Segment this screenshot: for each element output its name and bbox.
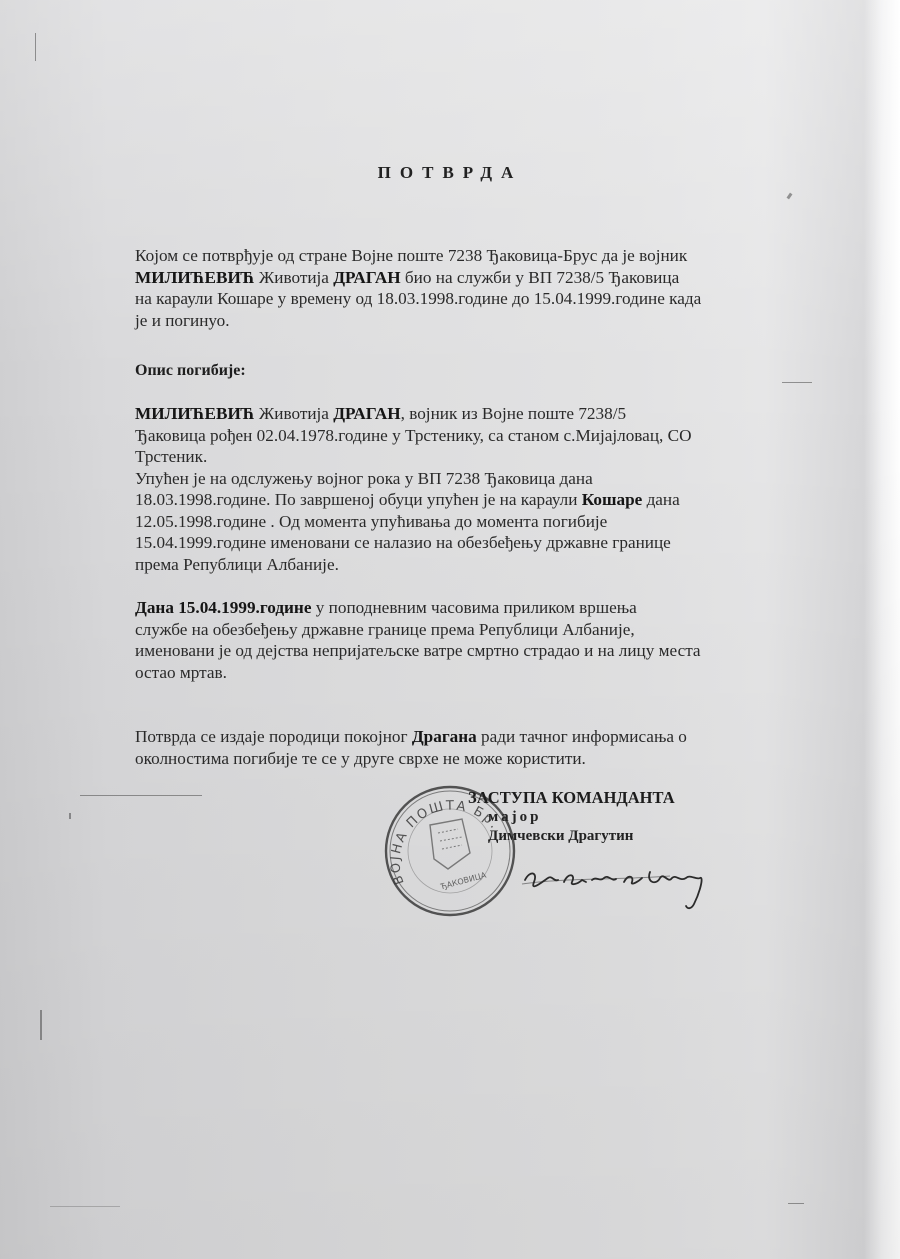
- margin-mark: [80, 795, 202, 796]
- text-run: 15.04.1999.године именовани се налазио н…: [135, 533, 671, 552]
- bold-text: Кошаре: [582, 490, 643, 509]
- text-run: 12.05.1998.године . Од момента упућивања…: [135, 512, 607, 531]
- text-run: остао мртав.: [135, 663, 227, 682]
- text-run: 18.03.1998.године. По завршеној обуци уп…: [135, 490, 582, 509]
- text-line: према Републици Албаније.: [135, 554, 775, 576]
- signatory-title: ЗАСТУПА КОМАНДАНТА: [468, 788, 675, 808]
- text-run: Којом се потврђује од стране Војне поште…: [135, 246, 687, 265]
- text-line: Дана 15.04.1999.године у поподневним час…: [135, 597, 775, 619]
- signatory-rank: мајор: [488, 809, 675, 826]
- margin-mark: [788, 1203, 804, 1204]
- margin-mark: [40, 1010, 42, 1040]
- text-run: према Републици Албаније.: [135, 555, 339, 574]
- text-line: Трстеник.: [135, 446, 775, 468]
- text-run: Животија: [255, 404, 334, 423]
- margin-mark: [787, 193, 793, 200]
- text-run: био на служби у ВП 7238/5 Ђаковица: [401, 268, 680, 287]
- text-run: Потврда се издаје породици покојног: [135, 727, 412, 746]
- text-run: ради тачног информисања о: [477, 727, 687, 746]
- margin-mark: [782, 382, 812, 383]
- text-line: 12.05.1998.године . Од момента упућивања…: [135, 511, 775, 533]
- text-line: Којом се потврђује од стране Војне поште…: [135, 245, 775, 267]
- handwritten-signature: [520, 852, 740, 912]
- margin-mark: [35, 33, 36, 61]
- text-run: Ђаковица рођен 02.04.1978.године у Трсте…: [135, 426, 691, 445]
- closing-paragraph: Потврда се издаје породици покојног Драг…: [135, 726, 775, 769]
- text-line: Упућен је на одслужењу војног рока у ВП …: [135, 468, 775, 490]
- signatory-name: Димчевски Драгутин: [488, 828, 675, 845]
- text-run: дана: [642, 490, 680, 509]
- text-line: околностима погибије те се у друге сврхе…: [135, 748, 775, 770]
- text-run: на караули Кошаре у времену од 18.03.199…: [135, 289, 701, 308]
- text-run: у поподневним часовима приликом вршења: [311, 598, 636, 617]
- text-run: Животија: [255, 268, 334, 287]
- text-line: 18.03.1998.године. По завршеној обуци уп…: [135, 489, 775, 511]
- text-run: околностима погибије те се у друге сврхе…: [135, 749, 586, 768]
- text-run: именовани је од дејства непријатељске ва…: [135, 641, 701, 660]
- description-paragraph: МИЛИЋЕВИЋ Животија ДРАГАН, војник из Вој…: [135, 403, 775, 575]
- text-run: Упућен је на одслужењу војног рока у ВП …: [135, 469, 593, 488]
- section-heading: Опис погибије:: [135, 362, 246, 380]
- bold-text: ДРАГАН: [333, 268, 400, 287]
- bold-text: Драгана: [412, 727, 477, 746]
- bold-text: ДРАГАН: [333, 404, 400, 423]
- text-line: 15.04.1999.године именовани се налазио н…: [135, 532, 775, 554]
- text-run: , војник из Војне поште 7238/5: [401, 404, 626, 423]
- bold-text: МИЛИЋЕВИЋ: [135, 404, 255, 423]
- text-line: је и погинуо.: [135, 310, 775, 332]
- signature-block: ЗАСТУПА КОМАНДАНТА мајор Димчевски Драгу…: [468, 788, 675, 845]
- intro-paragraph: Којом се потврђује од стране Војне поште…: [135, 245, 775, 331]
- text-line: службе на обезбеђењу државне границе пре…: [135, 619, 775, 641]
- text-line: МИЛИЋЕВИЋ Животија ДРАГАН био на служби …: [135, 267, 775, 289]
- stamp-inner-text: ЂАКОВИЦА: [439, 870, 488, 891]
- bold-text: Дана 15.04.1999.године: [135, 598, 311, 617]
- text-line: на караули Кошаре у времену од 18.03.199…: [135, 288, 775, 310]
- text-line: Ђаковица рођен 02.04.1978.године у Трсте…: [135, 425, 775, 447]
- text-line: Потврда се издаје породици покојног Драг…: [135, 726, 775, 748]
- bold-text: МИЛИЋЕВИЋ: [135, 268, 255, 287]
- margin-mark: [69, 813, 71, 819]
- text-run: Трстеник.: [135, 447, 207, 466]
- document-title: ПОТВРДА: [0, 163, 900, 183]
- text-line: остао мртав.: [135, 662, 775, 684]
- text-run: службе на обезбеђењу државне границе пре…: [135, 620, 635, 639]
- text-run: је и погинуо.: [135, 311, 230, 330]
- coat-of-arms-icon: [430, 819, 470, 869]
- text-line: именовани је од дејства непријатељске ва…: [135, 640, 775, 662]
- margin-mark: [50, 1206, 120, 1207]
- text-line: МИЛИЋЕВИЋ Животија ДРАГАН, војник из Вој…: [135, 403, 775, 425]
- event-paragraph: Дана 15.04.1999.године у поподневним час…: [135, 597, 775, 683]
